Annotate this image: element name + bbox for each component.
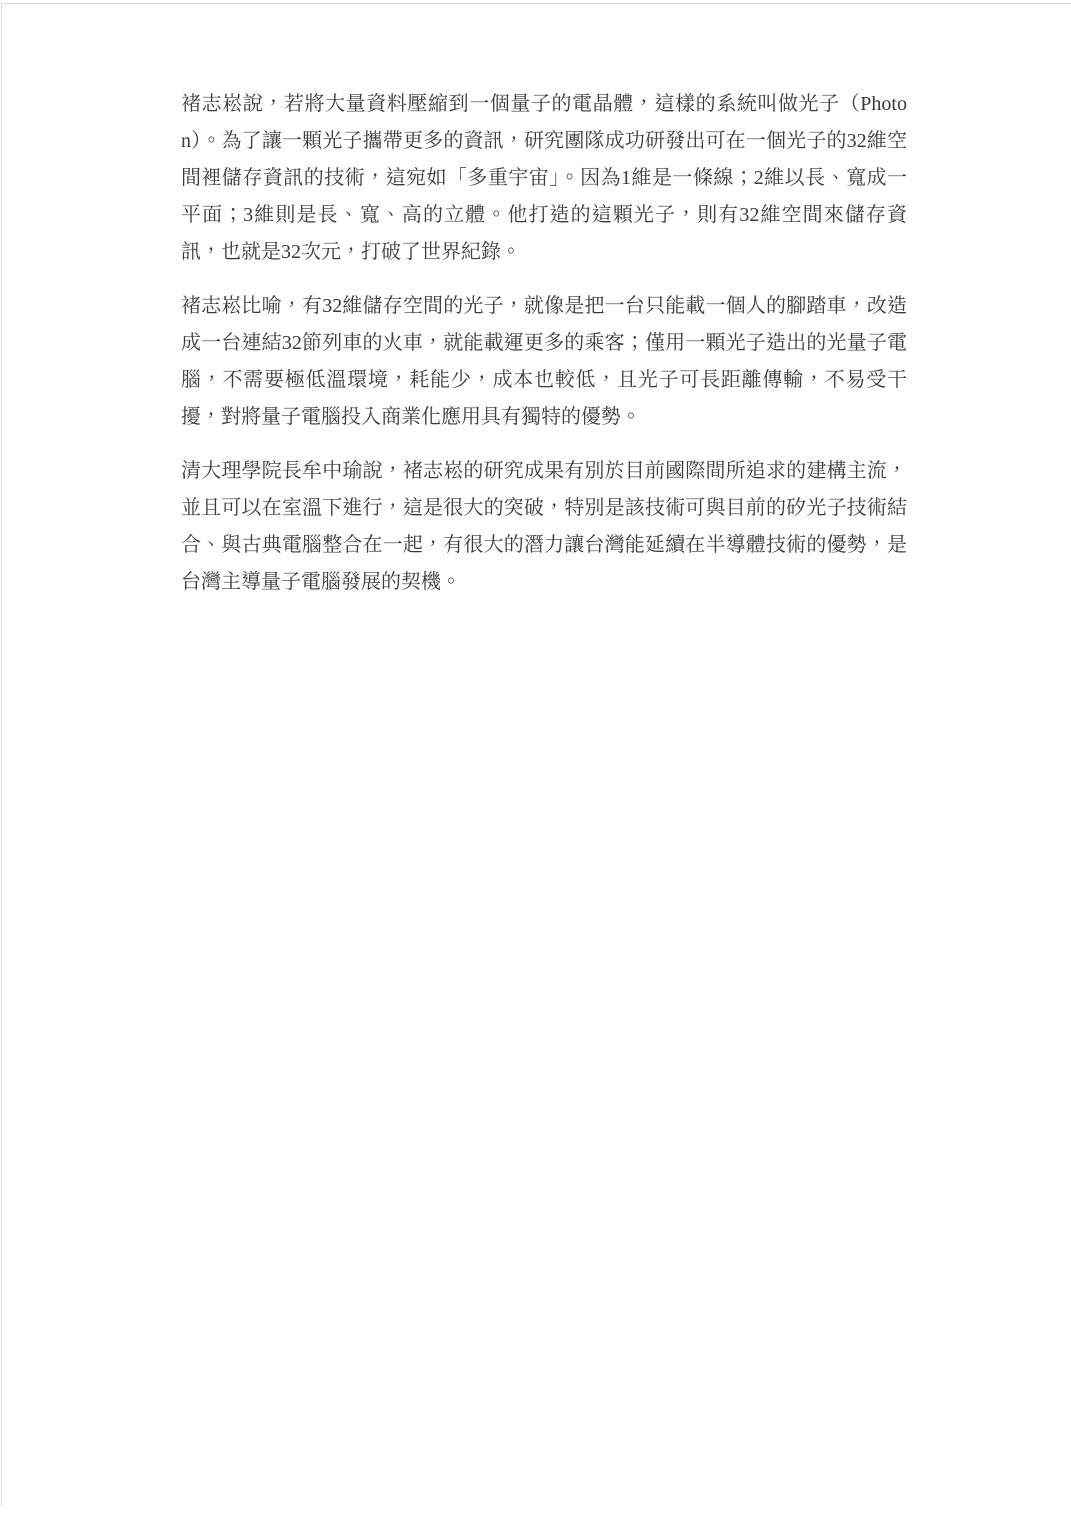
article-paragraph: 褚志崧說，若將大量資料壓縮到一個量子的電晶體，這樣的系統叫做光子（Photon）…: [181, 86, 907, 271]
article-paragraph: 褚志崧比喻，有32維儲存空間的光子，就像是把一台只能載一個人的腳踏車，改造成一台…: [181, 288, 907, 436]
article-paragraph: 清大理學院長牟中瑜說，褚志崧的研究成果有別於目前國際間所追求的建構主流，並且可以…: [181, 453, 907, 601]
article-body: 褚志崧說，若將大量資料壓縮到一個量子的電晶體，這樣的系統叫做光子（Photon）…: [181, 86, 907, 618]
document-viewport: 褚志崧說，若將大量資料壓縮到一個量子的電晶體，這樣的系統叫做光子（Photon）…: [0, 0, 1071, 1515]
